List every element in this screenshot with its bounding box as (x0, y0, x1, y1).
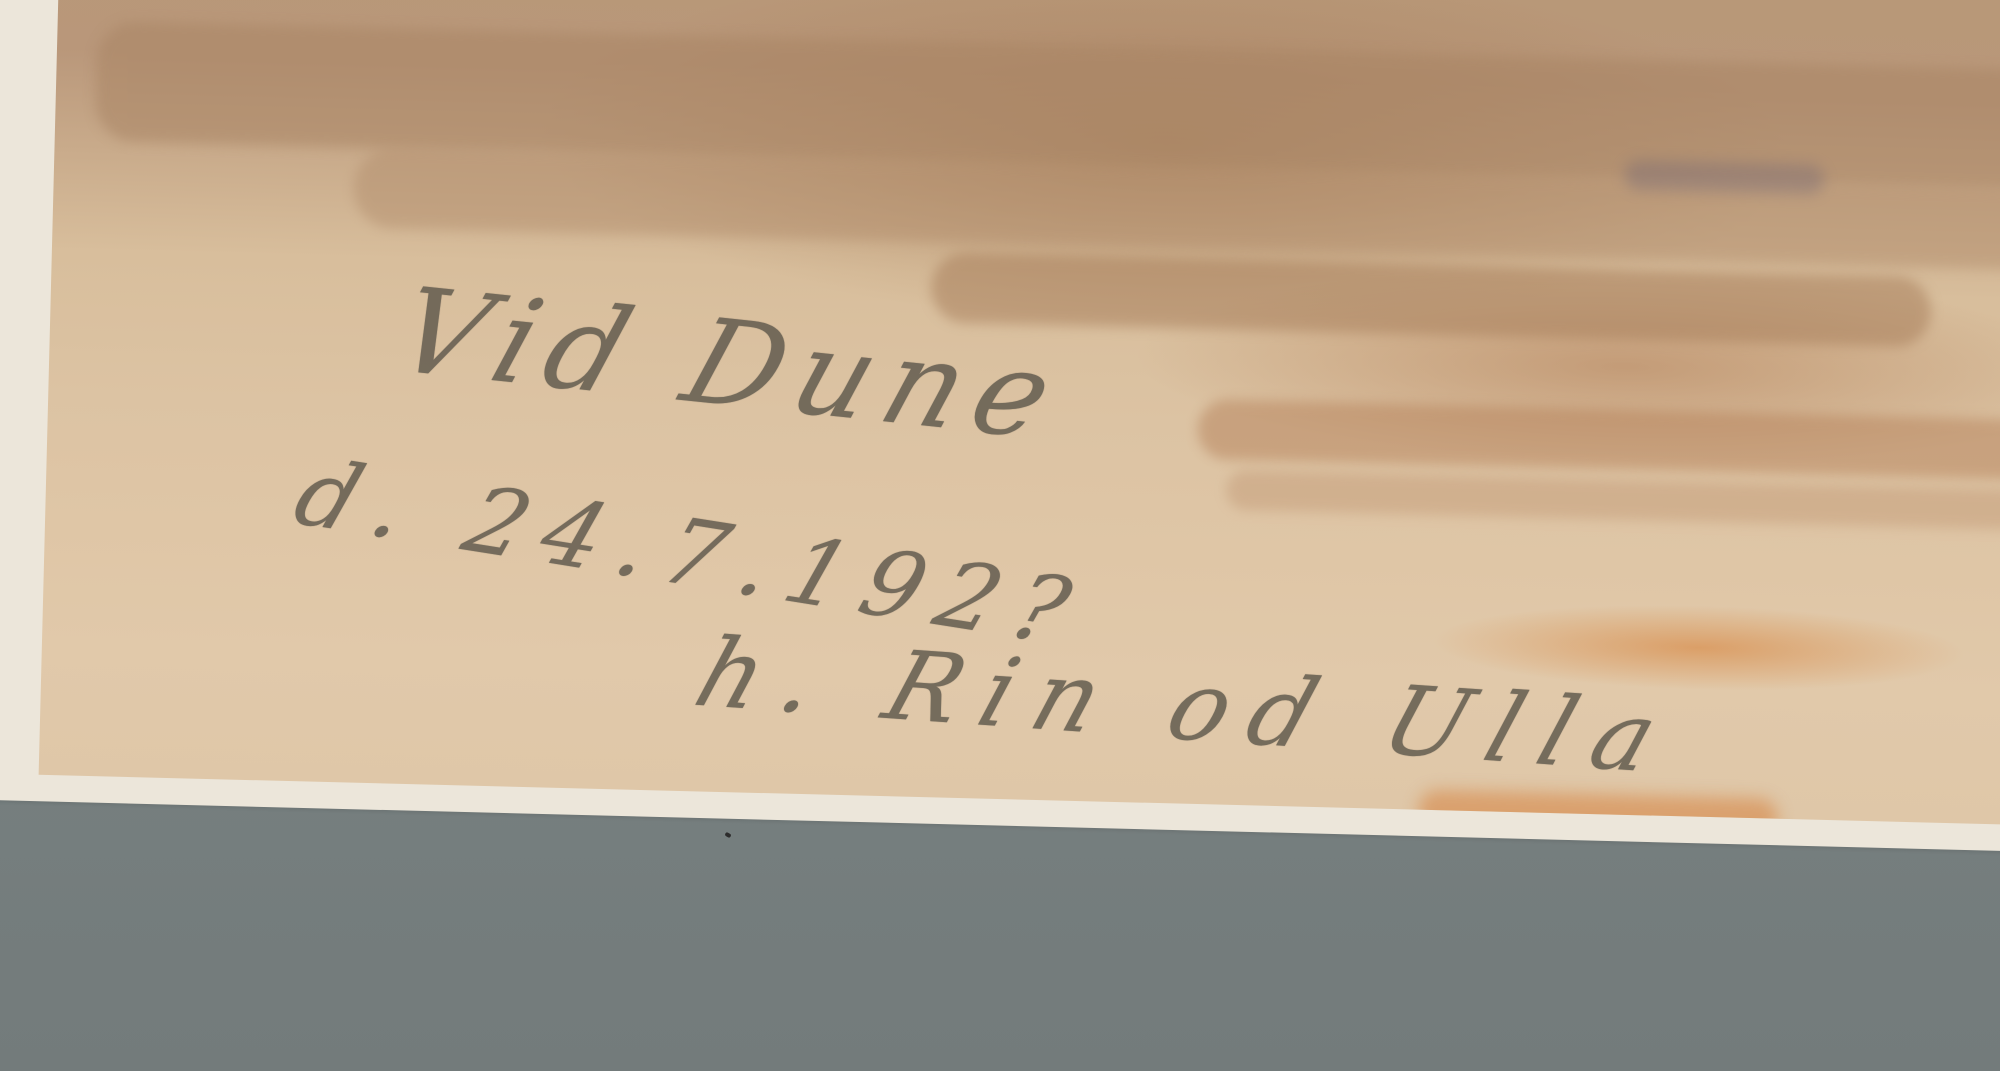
pastel-stroke (1226, 470, 2000, 530)
pastel-stroke (1197, 399, 2000, 482)
purple-pastel-smudge (1624, 160, 1825, 195)
photo-scene: Vid Dune d. 24.7.192? h. Rin od Ulla (0, 0, 2000, 1071)
dust-fleck (724, 832, 731, 838)
